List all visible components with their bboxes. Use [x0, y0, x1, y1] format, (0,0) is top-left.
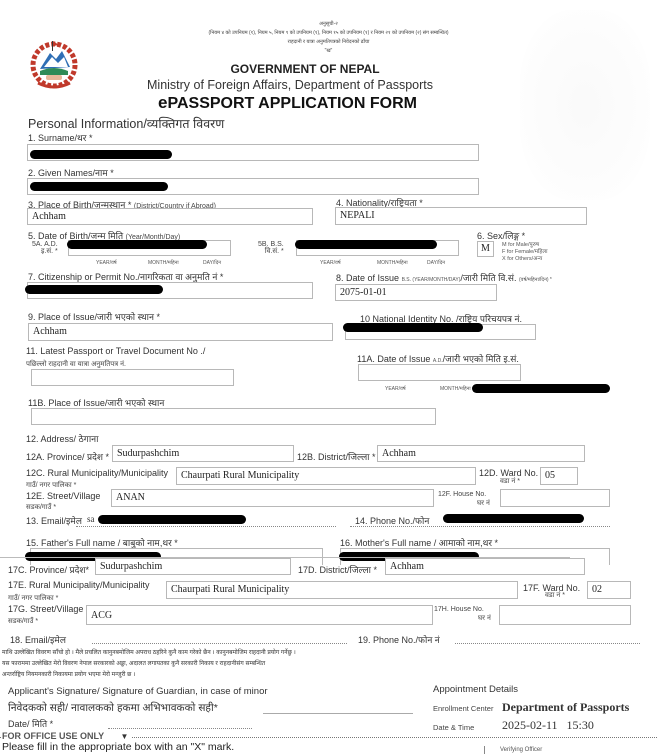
date-of-issue-label-np: /जारी मिति वि.सं.	[460, 273, 516, 283]
signature-label: Applicant's Signature/ Signature of Guar…	[8, 686, 268, 697]
dob-bs-day-hint: DAY/दिन	[427, 260, 445, 266]
redaction-bar	[443, 514, 584, 523]
phone2-line[interactable]	[455, 643, 640, 644]
address-label: 12. Address/ ठेगाना	[26, 432, 99, 445]
passport-issue-date-label-text: 11A. Date of Issue	[357, 354, 430, 364]
dob-bs-label: 5B. B.S. वि.सं. *	[258, 241, 284, 255]
passport-issue-date-field[interactable]	[358, 364, 521, 381]
sex-legend-male: M for Male/पुरुष	[502, 242, 548, 249]
redaction-bar	[30, 150, 172, 159]
surname-label: 1. Surname/थर *	[28, 131, 92, 144]
perm-district-label: 17D. District/जिल्ला *	[298, 563, 377, 576]
enrollment-center-label: Enrollment Center	[433, 704, 493, 713]
form-title-rest: PASSPORT APPLICATION FORM	[167, 95, 416, 112]
passport-issue-date-label-np: /जारी भएको मिति इ.सं.	[443, 354, 519, 364]
sex-legend: M for Male/पुरुष F for Female/महिला X fo…	[502, 242, 548, 263]
province-field[interactable]: Sudurpashchim	[112, 445, 294, 462]
perm-district-field[interactable]: Achham	[385, 558, 585, 575]
declaration-line-2: यस फाराममा उल्लेखित मेरो विवरण नेपाल सरक…	[2, 659, 296, 670]
redaction-bar	[98, 515, 246, 524]
verifying-officer-label: Verifying Officer	[500, 747, 542, 753]
passport-issue-place-field[interactable]	[31, 408, 436, 425]
form-title: ePASSPORT APPLICATION FORM	[0, 93, 575, 113]
redaction-bar	[67, 240, 207, 249]
redaction-bar	[30, 182, 168, 191]
signature-line[interactable]	[263, 713, 413, 714]
perm-ward-field[interactable]: 02	[587, 581, 631, 599]
perm-province-label: 17C. Province/ प्रदेश*	[8, 563, 89, 576]
office-use-title: FOR OFFICE USE ONLY ▼	[2, 731, 131, 741]
dob-bs-year-hint: YEAR/वर्ष	[320, 260, 341, 266]
dob-ad-month-hint: MONTH/महिना	[148, 260, 179, 266]
district-label: 12B. District/जिल्ला *	[297, 450, 376, 463]
perm-municipality-field[interactable]: Chaurpati Rural Municipality	[166, 581, 518, 599]
redaction-bar	[472, 384, 610, 393]
passport-issue-year-hint: YEAR/वर्ष	[385, 386, 406, 392]
dob-ad-label-top: 5A. A.D.	[32, 241, 58, 248]
date-of-issue-field[interactable]: 2075-01-01	[335, 284, 497, 301]
declaration-line-3: अन्तर्राष्ट्रिय नियमनकारी निकायमा प्रयोग…	[2, 670, 296, 681]
municipality-field[interactable]: Chaurpati Rural Municipality	[176, 467, 476, 485]
email-line[interactable]	[76, 526, 336, 527]
dob-ad-year-hint: YEAR/वर्ष	[96, 260, 117, 266]
municipality-label-np: गाउँ/ नगर पालिका *	[26, 481, 76, 490]
datetime-label: Date & Time	[433, 723, 474, 732]
date-of-issue-label-np-small: (वर्ष/महिना/दिन) *	[519, 277, 552, 283]
office-instruction: Please fill in the appropriate box with …	[2, 741, 234, 753]
date-line[interactable]	[108, 728, 252, 729]
form-note: राहदानी र यात्रा अनुमतिपत्रको निवेदनको ढ…	[0, 39, 657, 45]
date-label: Date/ मिति *	[8, 717, 53, 730]
form-code: "ख"	[0, 48, 657, 54]
email2-line[interactable]	[92, 643, 347, 644]
date-of-issue-label-small: B.S. (YEAR/MONTH/DAY)	[402, 277, 461, 283]
place-of-issue-field[interactable]: Achham	[28, 323, 333, 341]
place-of-birth-field[interactable]: Achham	[27, 208, 313, 225]
date-of-issue-label-text: 8. Date of Issue	[336, 273, 399, 283]
perm-house-field[interactable]	[499, 605, 631, 625]
latest-passport-field[interactable]	[31, 369, 234, 386]
phone-line[interactable]	[350, 526, 610, 527]
province-label: 12A. Province/ प्रदेश *	[26, 450, 109, 463]
passport-issue-month-hint: MONTH/महिना	[440, 386, 471, 392]
office-column-divider	[484, 746, 485, 754]
house-label: 12F. House No.	[438, 491, 486, 498]
latest-passport-label-np: पछिल्लो राहदानी वा यात्रा अनुमतिपत्र नं.	[26, 360, 126, 369]
place-of-issue-label: 9. Place of Issue/जारी भएको स्थान *	[28, 310, 160, 323]
ministry-title: Ministry of Foreign Affairs, Department …	[0, 78, 580, 92]
office-use-title-text: FOR OFFICE USE ONLY	[2, 731, 104, 741]
redaction-bar	[295, 240, 437, 249]
dob-ad-day-hint: DAY/दिन	[203, 260, 221, 266]
latest-passport-label: 11. Latest Passport or Travel Document N…	[26, 346, 205, 356]
enrollment-center-value: Department of Passports	[502, 700, 629, 715]
redaction-bar	[25, 285, 163, 294]
municipality-label: 12C. Rural Municipality/Municipality	[26, 468, 168, 478]
dob-bs-label-top: 5B. B.S.	[258, 241, 284, 248]
street-label-np: सडक/गाउँ *	[26, 503, 56, 512]
perm-province-field[interactable]: Sudurpashchim	[95, 558, 291, 575]
nationality-field[interactable]: NEPALI	[335, 207, 587, 225]
dropdown-arrow-icon[interactable]: ▼	[121, 732, 129, 741]
street-label: 12E. Street/Village	[26, 491, 100, 501]
appointment-datetime: 2025-02-11 15:30	[502, 718, 594, 733]
phone2-label: 19. Phone No./फोन नं	[358, 633, 440, 646]
appointment-title: Appointment Details	[433, 684, 518, 695]
declaration-line-1: माथि उल्लेखित विवरण साँचो हो । मैले प्रच…	[2, 648, 296, 659]
email2-label: 18. Email/इमेल	[10, 633, 66, 646]
ward-field[interactable]: 05	[540, 467, 578, 485]
government-title: GOVERNMENT OF NEPAL	[0, 62, 610, 76]
signature-label-np: निवेदकको सही/ नावालकको हकमा अभिभावकको सह…	[8, 701, 218, 715]
sex-legend-others: X for Others/अन्य	[502, 256, 548, 263]
house-label-np: घर नं	[477, 499, 490, 508]
perm-municipality-label-np: गाउँ/ नगर पालिका *	[8, 594, 58, 603]
redaction-bar	[343, 323, 483, 332]
street-field[interactable]: ANAN	[111, 489, 434, 507]
perm-house-label: 17H. House No.	[434, 606, 484, 613]
sex-legend-female: F for Female/महिला	[502, 249, 548, 256]
dob-bs-month-hint: MONTH/महिना	[377, 260, 408, 266]
section-title: Personal Information/व्यक्तिगत विवरण	[28, 115, 224, 132]
perm-house-label-np: घर नं	[478, 614, 491, 623]
perm-street-label: 17G. Street/Village	[8, 604, 83, 614]
perm-street-field[interactable]: ACG	[86, 605, 433, 625]
dob-bs-label-bottom: वि.सं. *	[258, 248, 284, 255]
date-of-issue-label: 8. Date of Issue B.S. (YEAR/MONTH/DAY)/ज…	[336, 271, 552, 284]
house-field[interactable]	[500, 489, 610, 507]
perm-municipality-label: 17E. Rural Municipality/Municipality	[8, 580, 150, 590]
perm-ward-label-np: वडा नं *	[545, 591, 565, 600]
perm-street-label-np: सडक/गाउँ *	[8, 617, 38, 626]
rule-reference: (नियम ४ को उपनियम (१), नियम ५, नियम ९ को…	[0, 30, 657, 36]
schedule-label: अनुसूची-२	[0, 21, 657, 27]
declaration-text: माथि उल्लेखित विवरण साँचो हो । मैले प्रच…	[2, 648, 296, 681]
dob-ad-label-bottom: इ.सं. *	[32, 248, 58, 255]
ward-label-np: वडा नं *	[500, 477, 520, 486]
sex-field[interactable]: M	[477, 241, 494, 257]
appointment-date: 2025-02-11	[502, 718, 558, 732]
email-label: 13. Email/इमेल	[26, 514, 82, 527]
email-value-visible: sa	[87, 514, 95, 524]
district-field[interactable]: Achham	[377, 445, 585, 462]
dob-ad-label: 5A. A.D. इ.सं. *	[32, 241, 58, 255]
appointment-time: 15:30	[567, 718, 594, 732]
